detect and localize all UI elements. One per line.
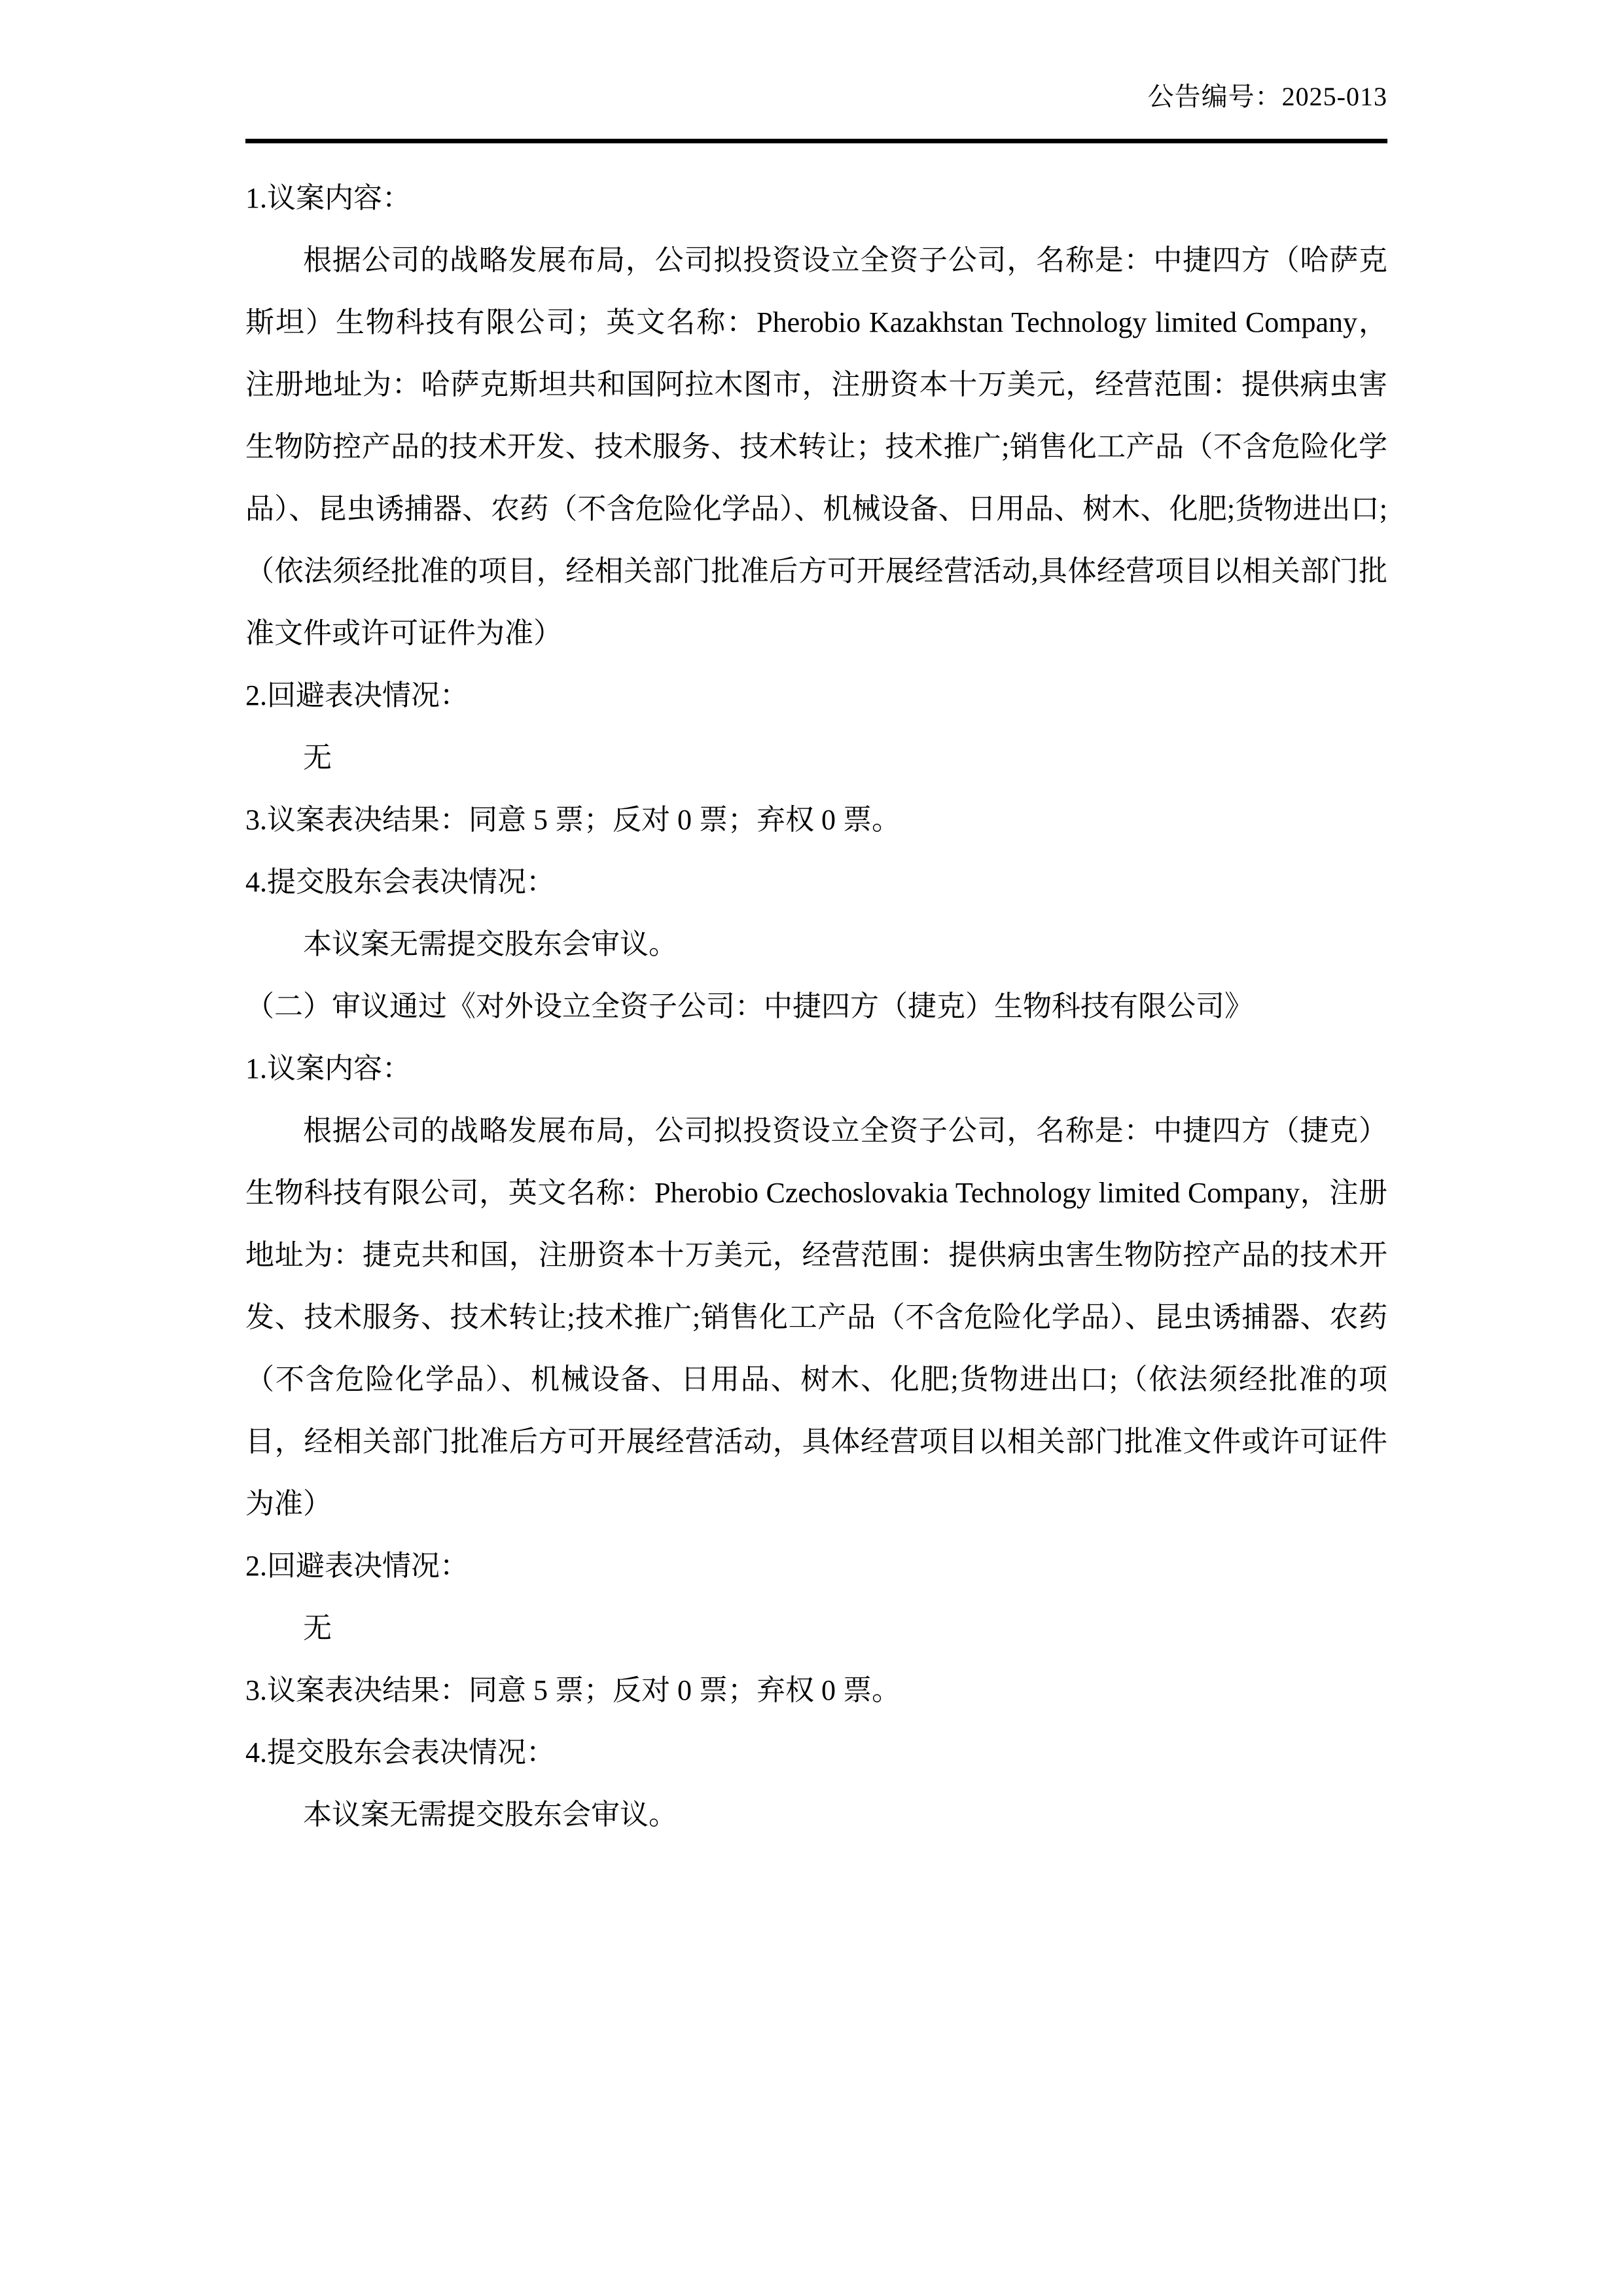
section1-item1-label: 1.议案内容：	[245, 167, 1387, 229]
section2-shareholder-note: 本议案无需提交股东会审议。	[245, 1784, 1387, 1846]
section2-vote-result: 3.议案表决结果：同意 5 票；反对 0 票；弃权 0 票。	[245, 1659, 1387, 1721]
section1-shareholder-note: 本议案无需提交股东会审议。	[245, 913, 1387, 975]
section1-item2-label: 2.回避表决情况：	[245, 664, 1387, 726]
section2-proposal-paragraph: 根据公司的战略发展布局，公司拟投资设立全资子公司，名称是：中捷四方（捷克）生物科…	[245, 1100, 1387, 1535]
section2-abstention-value: 无	[245, 1597, 1387, 1659]
section1-abstention-value: 无	[245, 726, 1387, 789]
document-page: 公告编号：2025-013 1.议案内容： 根据公司的战略发展布局，公司拟投资设…	[245, 0, 1387, 1846]
section1-item4-label: 4.提交股东会表决情况：	[245, 851, 1387, 913]
section2-heading: （二）审议通过《对外设立全资子公司：中捷四方（捷克）生物科技有限公司》	[245, 975, 1387, 1037]
announcement-number: 公告编号：2025-013	[245, 77, 1387, 117]
section1-proposal-paragraph: 根据公司的战略发展布局，公司拟投资设立全资子公司，名称是：中捷四方（哈萨克斯坦）…	[245, 229, 1387, 664]
section1-vote-result: 3.议案表决结果：同意 5 票；反对 0 票；弃权 0 票。	[245, 789, 1387, 851]
document-body: 1.议案内容： 根据公司的战略发展布局，公司拟投资设立全资子公司，名称是：中捷四…	[245, 167, 1387, 1846]
section2-item1-label: 1.议案内容：	[245, 1037, 1387, 1100]
header-divider	[245, 139, 1387, 143]
section2-item4-label: 4.提交股东会表决情况：	[245, 1721, 1387, 1784]
section2-item2-label: 2.回避表决情况：	[245, 1535, 1387, 1597]
